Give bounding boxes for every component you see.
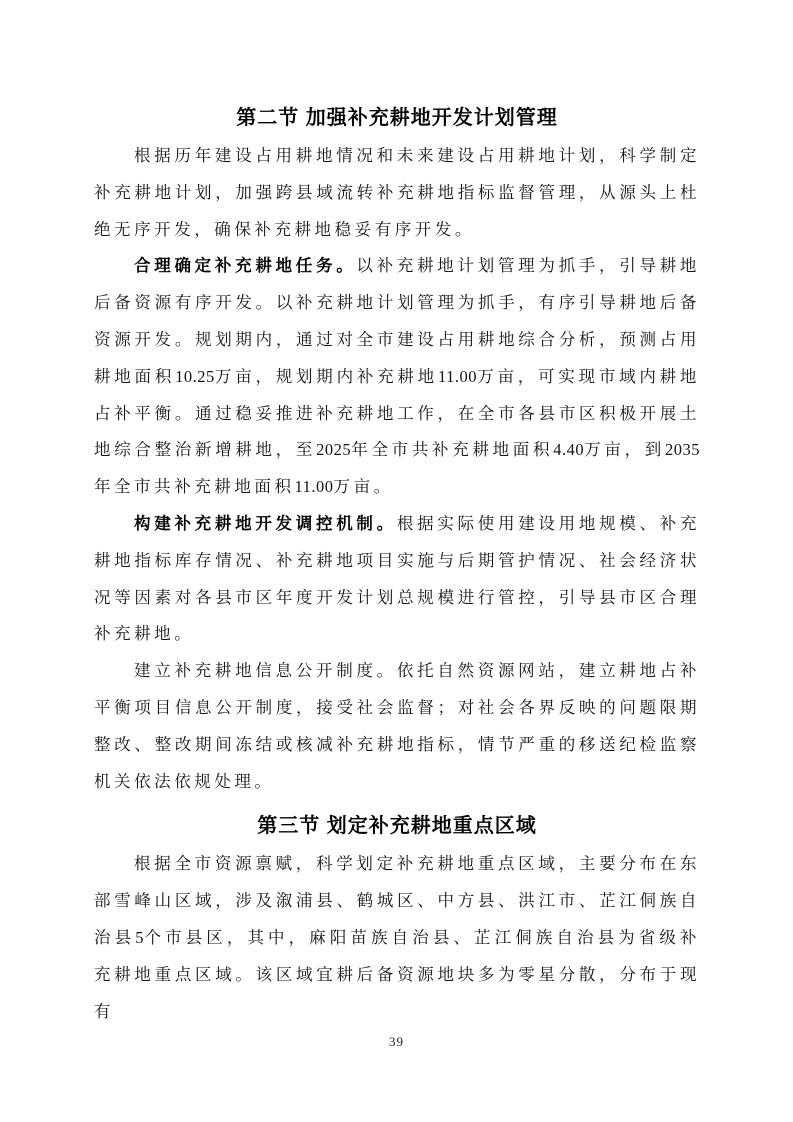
paragraph-5: 根据全市资源禀赋，科学划定补充耕地重点区域，主要分布在东部雪峰山区域，涉及溆浦县… bbox=[94, 846, 700, 1030]
page-number: 39 bbox=[0, 1034, 793, 1050]
paragraph-2-text: 以补充耕地计划管理为抓手，引导耕地后备资源有序开发。以补充耕地计划管理为抓手，有… bbox=[94, 256, 700, 496]
section-heading-3: 第三节 划定补充耕地重点区域 bbox=[94, 812, 700, 840]
paragraph-5-text: 根据全市资源禀赋，科学划定补充耕地重点区域，主要分布在东部雪峰山区域，涉及溆浦县… bbox=[94, 854, 700, 1020]
paragraph-3-lead: 构建补充耕地开发调控机制。 bbox=[134, 515, 397, 533]
paragraph-1: 根据历年建设占用耕地情况和未来建设占用耕地计划，科学制定补充耕地计划，加强跨县域… bbox=[94, 138, 700, 248]
section-heading-2: 第二节 加强补充耕地开发计划管理 bbox=[94, 0, 700, 132]
paragraph-3-text: 根据实际使用建设用地规模、补充耕地指标库存情况、补充耕地项目实施与后期管护情况、… bbox=[94, 514, 700, 643]
paragraph-4-text: 建立补充耕地信息公开制度。依托自然资源网站，建立耕地占补平衡项目信息公开制度，接… bbox=[94, 661, 700, 790]
paragraph-3: 构建补充耕地开发调控机制。根据实际使用建设用地规模、补充耕地指标库存情况、补充耕… bbox=[94, 506, 700, 653]
paragraph-1-text: 根据历年建设占用耕地情况和未来建设占用耕地计划，科学制定补充耕地计划，加强跨县域… bbox=[94, 146, 700, 239]
paragraph-2-lead: 合理确定补充耕地任务。 bbox=[134, 257, 356, 275]
document-page: 第二节 加强补充耕地开发计划管理 根据历年建设占用耕地情况和未来建设占用耕地计划… bbox=[0, 0, 793, 1122]
paragraph-2: 合理确定补充耕地任务。以补充耕地计划管理为抓手，引导耕地后备资源有序开发。以补充… bbox=[94, 248, 700, 506]
document-content: 第二节 加强补充耕地开发计划管理 根据历年建设占用耕地情况和未来建设占用耕地计划… bbox=[94, 0, 700, 1030]
paragraph-4: 建立补充耕地信息公开制度。依托自然资源网站，建立耕地占补平衡项目信息公开制度，接… bbox=[94, 653, 700, 800]
